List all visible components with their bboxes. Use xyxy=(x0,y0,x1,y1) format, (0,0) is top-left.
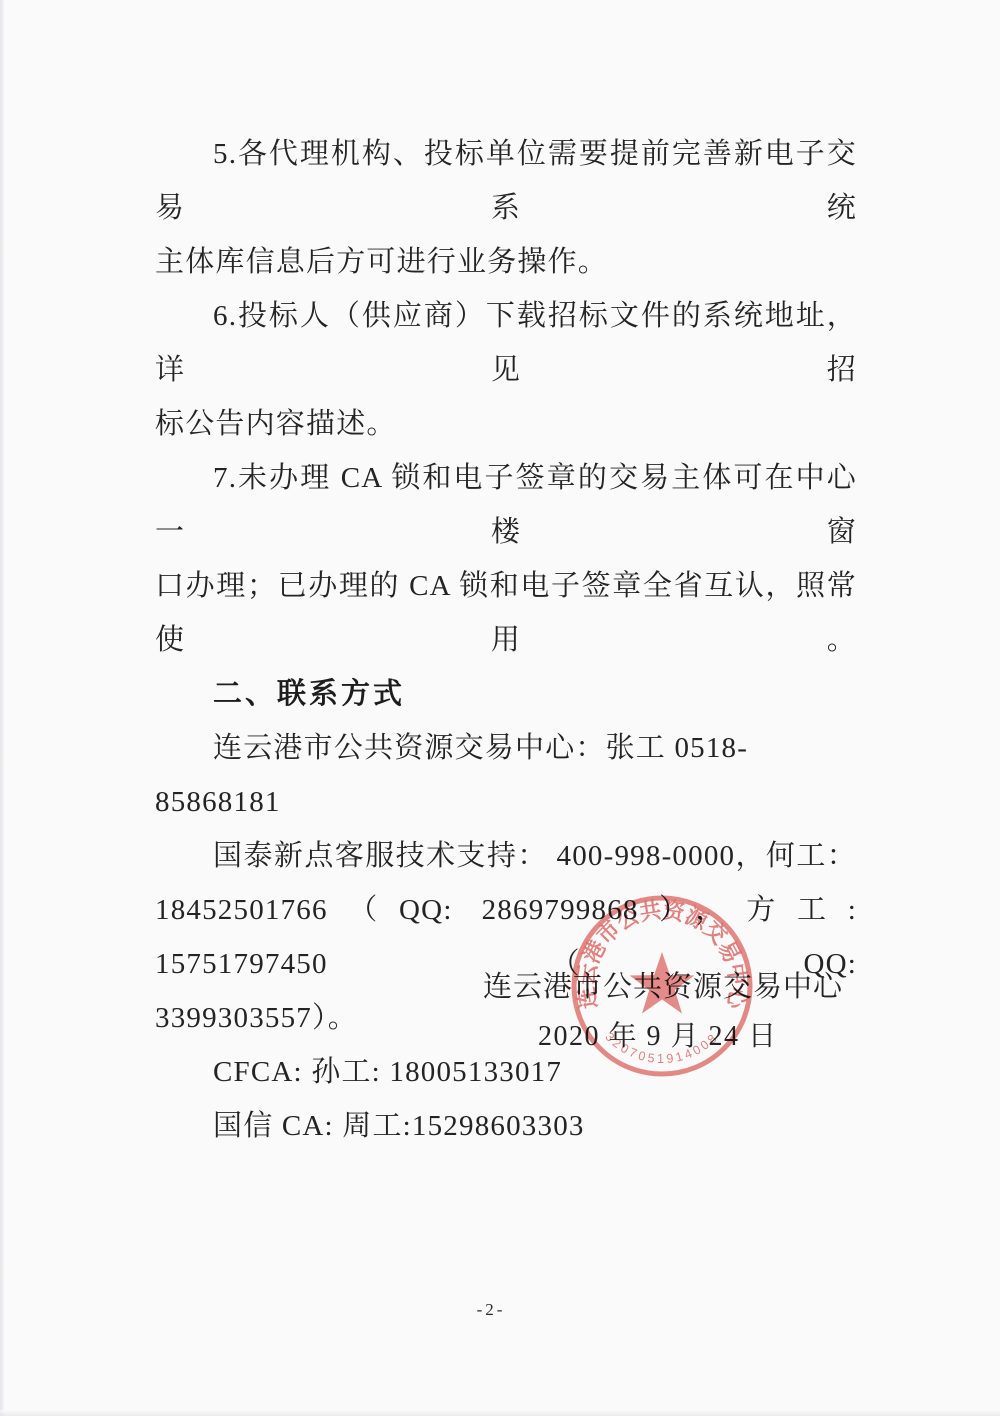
scan-edge-artifact xyxy=(0,1410,1000,1416)
seal-code: 3207051914008 xyxy=(602,1030,721,1066)
text-line: 6.投标人（供应商）下载招标文件的系统地址，详见招 xyxy=(155,289,857,397)
section-heading: 二、联系方式 xyxy=(155,667,857,721)
text-line: 国信 CA: 周工:15298603303 xyxy=(155,1099,857,1153)
text-line: 主体库信息后方可进行业务操作。 xyxy=(155,235,857,289)
page-number: -2- xyxy=(0,1300,982,1320)
text-line: 7.未办理 CA 锁和电子签章的交易主体可在中心一楼窗 xyxy=(155,451,857,559)
text-line: 标公告内容描述。 xyxy=(155,397,857,451)
text-line: 口办理；已办理的 CA 锁和电子签章全省互认，照常使用。 xyxy=(155,559,857,667)
text-line: 连云港市公共资源交易中心：张工 0518-85868181 xyxy=(155,721,857,829)
official-seal: 连云港市公共资源交易中心 3207051914008 xyxy=(566,890,758,1082)
text-line: 5.各代理机构、投标单位需要提前完善新电子交易系统 xyxy=(155,127,857,235)
seal-code-textpath: 3207051914008 xyxy=(602,1030,721,1066)
scan-edge-artifact xyxy=(0,0,4,1416)
text-line: 国泰新点客服技术支持： 400-998-0000，何工： xyxy=(155,829,857,883)
seal-star-icon xyxy=(630,952,695,1014)
document-page: 5.各代理机构、投标单位需要提前完善新电子交易系统 主体库信息后方可进行业务操作… xyxy=(0,0,1000,1416)
